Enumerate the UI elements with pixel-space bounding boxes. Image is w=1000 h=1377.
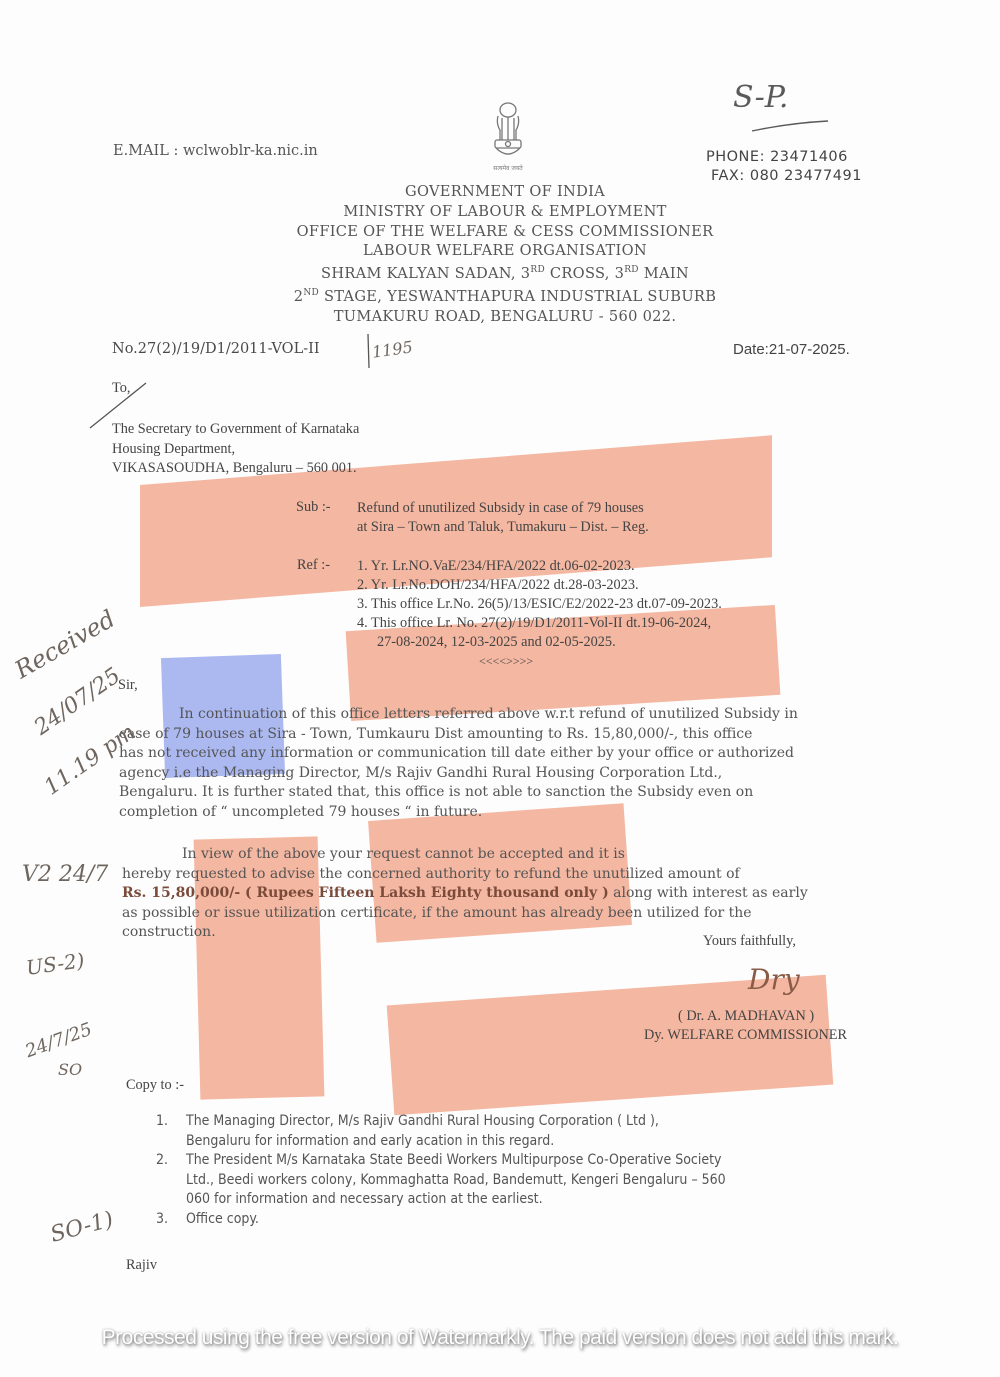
subject-line-2: at Sira – Town and Taluk, Tumakuru – Dis… <box>357 518 649 537</box>
letter-number: No.27(2)/19/D1/2011-VOL-II <box>112 341 320 357</box>
signature-scribble: Dry <box>748 963 800 996</box>
signatory-name: ( Dr. A. MADHAVAN ) <box>678 1008 814 1025</box>
para1-line-5: Bengaluru. It is further stated that, th… <box>119 783 894 803</box>
addressee-line-1: The Secretary to Government of Karnataka <box>112 420 359 440</box>
handwritten-note-3: 24/7/25 <box>23 1019 95 1062</box>
refund-amount: Rs. 15,80,000/- ( Rupees Fifteen Laksh E… <box>122 885 609 901</box>
addressee-block: The Secretary to Government of Karnataka… <box>112 420 359 479</box>
letterhead-line-4: LABOUR WELFARE ORGANISATION <box>0 241 1000 261</box>
handwritten-note-2: US-2) <box>25 948 86 980</box>
para1-line-1: In continuation of this office letters r… <box>119 705 894 725</box>
closing: Yours faithfully, <box>703 933 796 950</box>
handwritten-note-1: V2 24/7 <box>22 862 108 887</box>
subject-text: Refund of unutilized Subsidy in case of … <box>357 499 649 537</box>
letterhead-address-3: TUMAKURU ROAD, BENGALURU - 560 022. <box>0 307 1000 327</box>
para2-line-2: hereby requested to advise the concerned… <box>122 865 897 885</box>
copy-item-3: 3.Office copy. <box>156 1210 726 1230</box>
para2-line-4: as possible or issue utilization certifi… <box>122 904 897 924</box>
copy-to-list: 1.The Managing Director, M/s Rajiv Gandh… <box>156 1112 726 1229</box>
para2-line-1: In view of the above your request cannot… <box>122 845 897 865</box>
handwritten-initials-top: S-P. <box>733 80 788 115</box>
para2-line-3: Rs. 15,80,000/- ( Rupees Fifteen Laksh E… <box>122 884 897 904</box>
para1-line-3: has not received any information or comm… <box>119 744 894 764</box>
letter-date: Date:21-07-2025. <box>733 341 850 358</box>
copy-to-label: Copy to :- <box>126 1077 184 1094</box>
letterhead-line-3: OFFICE OF THE WELFARE & CESS COMMISSIONE… <box>0 222 1000 242</box>
para1-line-6: completion of “ uncompleted 79 houses “ … <box>119 803 894 823</box>
signatory-designation: Dy. WELFARE COMMISSIONER <box>644 1027 847 1044</box>
addressee-line-3: VIKASASOUDHA, Bengaluru – 560 001. <box>112 459 359 479</box>
national-emblem-icon: सत्यमेव जयते <box>486 100 530 170</box>
email-address: E.MAIL : wclwoblr-ka.nic.in <box>113 143 318 159</box>
letterhead-line-1: GOVERNMENT OF INDIA <box>0 182 1000 202</box>
letterhead-block: GOVERNMENT OF INDIA MINISTRY OF LABOUR &… <box>0 182 1000 326</box>
phone-number: PHONE: 23471406 <box>706 149 848 165</box>
para1-line-4: agency i.e the Managing Director, M/s Ra… <box>119 764 894 784</box>
ref-separator: <<<<>>>> <box>357 652 722 671</box>
subject-label: Sub :- <box>296 499 331 516</box>
watermark-text: Processed using the free version of Wate… <box>0 1326 1000 1350</box>
letterhead-address-1: SHRAM KALYAN SADAN, 3RD CROSS, 3RD MAIN <box>0 261 1000 284</box>
handwritten-bar-stroke <box>366 333 370 367</box>
addressee-line-2: Housing Department, <box>112 440 359 460</box>
initials-underline-stroke <box>750 118 830 130</box>
letterhead-line-2: MINISTRY OF LABOUR & EMPLOYMENT <box>0 202 1000 222</box>
ref-item-2: 2. Yr. Lr.No.DOH/234/HFA/2022 dt.28-03-2… <box>357 576 722 595</box>
para1-line-2: case of 79 houses at Sira - Town, Tumkau… <box>119 725 894 745</box>
copy-item-1: 1.The Managing Director, M/s Rajiv Gandh… <box>156 1112 726 1151</box>
handwritten-note-4: SO-1) <box>48 1207 116 1248</box>
emblem-motto: सत्यमेव जयते <box>486 164 530 172</box>
copy-item-2: 2.The President M/s Karnataka State Beed… <box>156 1151 726 1210</box>
typist-initials: Rajiv <box>126 1257 157 1274</box>
subject-line-1: Refund of unutilized Subsidy in case of … <box>357 499 649 518</box>
letterhead-address-2: 2ND STAGE, YESWANTHAPURA INDUSTRIAL SUBU… <box>0 284 1000 307</box>
ref-item-4: 4. This office Lr. No. 27(2)/19/D1/2011-… <box>357 614 722 633</box>
paragraph-1: In continuation of this office letters r… <box>119 705 894 822</box>
ref-item-1: 1. Yr. Lr.NO.VaE/234/HFA/2022 dt.06-02-2… <box>357 557 722 576</box>
handwritten-note-3b: SO <box>58 1060 82 1079</box>
ref-label: Ref :- <box>297 557 330 574</box>
ref-list: 1. Yr. Lr.NO.VaE/234/HFA/2022 dt.06-02-2… <box>357 557 722 671</box>
ref-item-4-cont: 27-08-2024, 12-03-2025 and 02-05-2025. <box>357 633 722 652</box>
handwritten-number: 1195 <box>371 337 414 361</box>
ref-item-3: 3. This office Lr.No. 26(5)/13/ESIC/E2/2… <box>357 595 722 614</box>
paragraph-2: In view of the above your request cannot… <box>122 845 897 943</box>
